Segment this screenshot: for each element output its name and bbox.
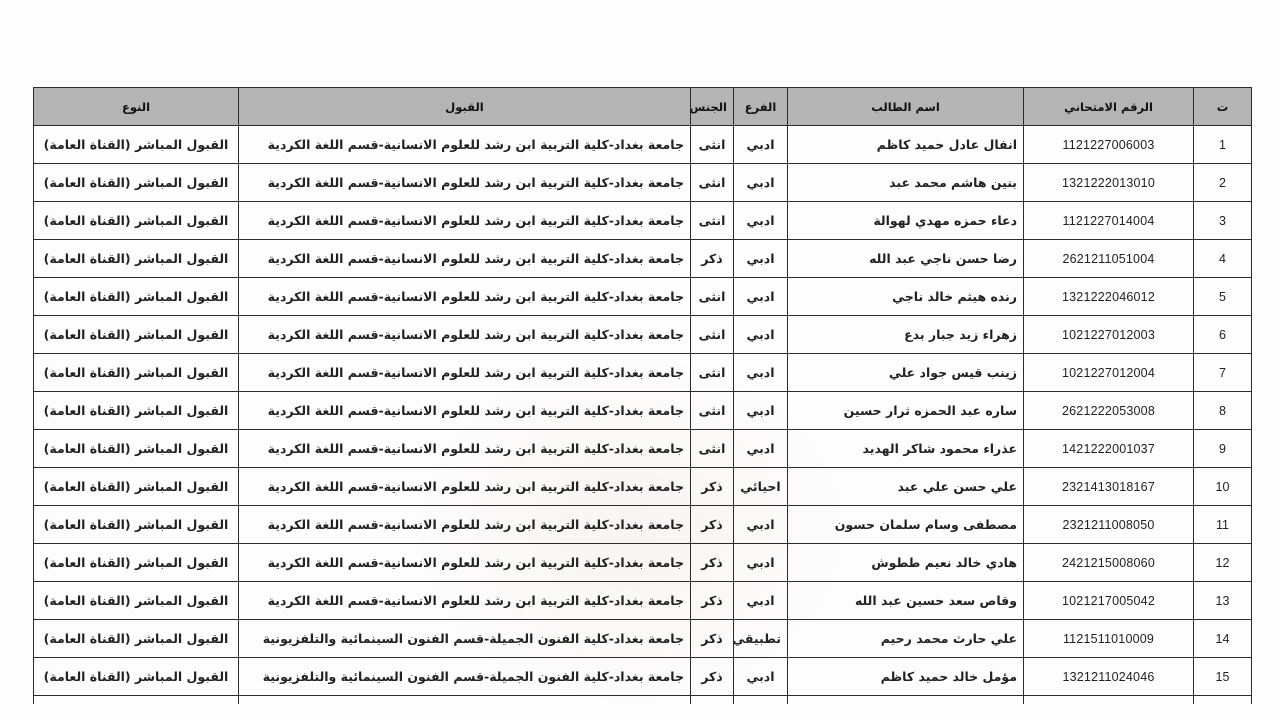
cell-student-name: مصطفى وسام سلمان حسون: [788, 506, 1024, 544]
table-row: 21321222013010بنين هاشم محمد عبدادبيانثى…: [34, 164, 1252, 202]
cell-seq: 11: [1194, 506, 1252, 544]
cell-seq: 7: [1194, 354, 1252, 392]
cell-student-name: هادي خالد نعيم ططوش: [788, 544, 1024, 582]
cell-student-name: رنده هيثم خالد ناجي: [788, 278, 1024, 316]
cell-type: القبول المباشر (القناة العامة): [34, 278, 239, 316]
cell-type: القبول المباشر (القناة العامة): [34, 392, 239, 430]
cell-admission: جامعة بغداد-كلية التربية ابن رشد للعلوم …: [239, 392, 691, 430]
header-exam-number: الرقم الامتحاني: [1024, 88, 1194, 126]
table-row-cut-off: [34, 696, 1252, 705]
cell-branch: ادبي: [734, 392, 788, 430]
header-student-name: اسم الطالب: [788, 88, 1024, 126]
cell-gender: انثى: [691, 202, 734, 240]
cell-admission: جامعة بغداد-كلية التربية ابن رشد للعلوم …: [239, 544, 691, 582]
table-row: 61021227012003زهراء زيد جبار بدعادبيانثى…: [34, 316, 1252, 354]
cell-exam-number: 2321413018167: [1024, 468, 1194, 506]
cell-exam-number: 1321222046012: [1024, 278, 1194, 316]
cell-branch: تطبيقي: [734, 620, 788, 658]
cell-seq: 12: [1194, 544, 1252, 582]
cell-student-name: وقاص سعد حسين عبد الله: [788, 582, 1024, 620]
cell-gender: انثى: [691, 126, 734, 164]
cell-admission: جامعة بغداد-كلية التربية ابن رشد للعلوم …: [239, 240, 691, 278]
table-row: 112321211008050مصطفى وسام سلمان حسونادبي…: [34, 506, 1252, 544]
cell-type: القبول المباشر (القناة العامة): [34, 240, 239, 278]
cell-type: القبول المباشر (القناة العامة): [34, 354, 239, 392]
table-row: 91421222001037عذراء محمود شاكر الهديدادب…: [34, 430, 1252, 468]
cell-student-name: عذراء محمود شاكر الهديد: [788, 430, 1024, 468]
table-row: 141121511010009علي حارث محمد رحيمتطبيقيذ…: [34, 620, 1252, 658]
cell-type: القبول المباشر (القناة العامة): [34, 468, 239, 506]
table-row: 11121227006003انفال عادل حميد كاظمادبيان…: [34, 126, 1252, 164]
cell-admission: جامعة بغداد-كلية الفنون الجميلة-قسم الفن…: [239, 658, 691, 696]
cell-seq: 6: [1194, 316, 1252, 354]
cell-type: القبول المباشر (القناة العامة): [34, 544, 239, 582]
cell-seq: 1: [1194, 126, 1252, 164]
cell-exam-number: 2321211008050: [1024, 506, 1194, 544]
cell-admission: جامعة بغداد-كلية التربية ابن رشد للعلوم …: [239, 506, 691, 544]
cell-branch: ادبي: [734, 582, 788, 620]
cell-type: القبول المباشر (القناة العامة): [34, 430, 239, 468]
cell-admission: جامعة بغداد-كلية التربية ابن رشد للعلوم …: [239, 430, 691, 468]
table-row: 102321413018167علي حسن علي عبداحيائيذكرج…: [34, 468, 1252, 506]
cell-branch: ادبي: [734, 316, 788, 354]
cell-seq: 10: [1194, 468, 1252, 506]
cell-gender: ذكر: [691, 582, 734, 620]
cell-exam-number: 1021227012003: [1024, 316, 1194, 354]
cell-exam-number: 2621211051004: [1024, 240, 1194, 278]
cell-type: القبول المباشر (القناة العامة): [34, 620, 239, 658]
table-header-row: ت الرقم الامتحاني اسم الطالب الفرع الجنس…: [34, 88, 1252, 126]
cell-admission: جامعة بغداد-كلية التربية ابن رشد للعلوم …: [239, 468, 691, 506]
cell-admission: جامعة بغداد-كلية التربية ابن رشد للعلوم …: [239, 278, 691, 316]
cell-admission: جامعة بغداد-كلية التربية ابن رشد للعلوم …: [239, 164, 691, 202]
cell-gender: ذكر: [691, 658, 734, 696]
table-row: 42621211051004رضا حسن ناجي عبد اللهادبيذ…: [34, 240, 1252, 278]
cell-branch: ادبي: [734, 278, 788, 316]
cell-seq: 14: [1194, 620, 1252, 658]
cell-admission: جامعة بغداد-كلية التربية ابن رشد للعلوم …: [239, 316, 691, 354]
table-row: 131021217005042وقاص سعد حسين عبد اللهادب…: [34, 582, 1252, 620]
table-row: 82621222053008ساره عبد الحمزه ثرار حسينا…: [34, 392, 1252, 430]
cell-gender: انثى: [691, 430, 734, 468]
cell-admission: جامعة بغداد-كلية التربية ابن رشد للعلوم …: [239, 202, 691, 240]
cell-exam-number: 1421222001037: [1024, 430, 1194, 468]
cell-gender: ذكر: [691, 240, 734, 278]
cell-gender: انثى: [691, 316, 734, 354]
cell-seq: 5: [1194, 278, 1252, 316]
cell-branch: ادبي: [734, 430, 788, 468]
cell-exam-number: 1321211024046: [1024, 658, 1194, 696]
cell-branch: ادبي: [734, 354, 788, 392]
cell-student-name: دعاء حمزه مهدي لهوالة: [788, 202, 1024, 240]
cell-student-name: زهراء زيد جبار بدع: [788, 316, 1024, 354]
cell-student-name: بنين هاشم محمد عبد: [788, 164, 1024, 202]
cell-branch: ادبي: [734, 202, 788, 240]
cell-gender: انثى: [691, 164, 734, 202]
cell-type: القبول المباشر (القناة العامة): [34, 126, 239, 164]
header-gender: الجنس: [691, 88, 734, 126]
cell-admission: جامعة بغداد-كلية التربية ابن رشد للعلوم …: [239, 582, 691, 620]
cell-type: القبول المباشر (القناة العامة): [34, 582, 239, 620]
cell-seq: 13: [1194, 582, 1252, 620]
table-row: 51321222046012رنده هيثم خالد ناجيادبيانث…: [34, 278, 1252, 316]
cell-student-name: علي حارث محمد رحيم: [788, 620, 1024, 658]
header-seq: ت: [1194, 88, 1252, 126]
cell-seq: 2: [1194, 164, 1252, 202]
cell-student-name: ساره عبد الحمزه ثرار حسين: [788, 392, 1024, 430]
cell-branch: ادبي: [734, 544, 788, 582]
cell-student-name: علي حسن علي عبد: [788, 468, 1024, 506]
cell-gender: ذكر: [691, 506, 734, 544]
cell-exam-number: 1021217005042: [1024, 582, 1194, 620]
cell-gender: انثى: [691, 392, 734, 430]
cell-student-name: زينب قيس جواد علي: [788, 354, 1024, 392]
header-branch: الفرع: [734, 88, 788, 126]
cell-exam-number: 1321222013010: [1024, 164, 1194, 202]
cell-branch: ادبي: [734, 164, 788, 202]
cell-type: القبول المباشر (القناة العامة): [34, 164, 239, 202]
cell-seq: 4: [1194, 240, 1252, 278]
cell-student-name: مؤمل خالد حميد كاظم: [788, 658, 1024, 696]
cell-seq: 9: [1194, 430, 1252, 468]
cell-type: القبول المباشر (القناة العامة): [34, 202, 239, 240]
cell-admission: جامعة بغداد-كلية الفنون الجميلة-قسم الفن…: [239, 620, 691, 658]
table-row: 122421215008060هادي خالد نعيم ططوشادبيذك…: [34, 544, 1252, 582]
cell-gender: ذكر: [691, 620, 734, 658]
cell-exam-number: 1121227014004: [1024, 202, 1194, 240]
cell-admission: جامعة بغداد-كلية التربية ابن رشد للعلوم …: [239, 354, 691, 392]
document-page: ت الرقم الامتحاني اسم الطالب الفرع الجنس…: [0, 0, 1280, 720]
cell-branch: احيائي: [734, 468, 788, 506]
cell-type: القبول المباشر (القناة العامة): [34, 658, 239, 696]
cell-gender: انثى: [691, 354, 734, 392]
cell-gender: ذكر: [691, 544, 734, 582]
cell-seq: 15: [1194, 658, 1252, 696]
cell-branch: ادبي: [734, 506, 788, 544]
cell-exam-number: 1021227012004: [1024, 354, 1194, 392]
table-row: 31121227014004دعاء حمزه مهدي لهوالةادبيا…: [34, 202, 1252, 240]
cell-exam-number: 2621222053008: [1024, 392, 1194, 430]
header-admission: القبول: [239, 88, 691, 126]
cell-seq: 3: [1194, 202, 1252, 240]
cell-admission: جامعة بغداد-كلية التربية ابن رشد للعلوم …: [239, 126, 691, 164]
table-row: 151321211024046مؤمل خالد حميد كاظمادبيذك…: [34, 658, 1252, 696]
cell-type: القبول المباشر (القناة العامة): [34, 506, 239, 544]
header-type: النوع: [34, 88, 239, 126]
cell-seq: 8: [1194, 392, 1252, 430]
cell-exam-number: 1121227006003: [1024, 126, 1194, 164]
cell-student-name: رضا حسن ناجي عبد الله: [788, 240, 1024, 278]
cell-exam-number: 1121511010009: [1024, 620, 1194, 658]
cell-student-name: انفال عادل حميد كاظم: [788, 126, 1024, 164]
cell-gender: ذكر: [691, 468, 734, 506]
cell-exam-number: 2421215008060: [1024, 544, 1194, 582]
admission-results-table: ت الرقم الامتحاني اسم الطالب الفرع الجنس…: [33, 87, 1252, 704]
table-row: 71021227012004زينب قيس جواد عليادبيانثىج…: [34, 354, 1252, 392]
cell-gender: انثى: [691, 278, 734, 316]
cell-type: القبول المباشر (القناة العامة): [34, 316, 239, 354]
cell-branch: ادبي: [734, 658, 788, 696]
cell-branch: ادبي: [734, 240, 788, 278]
cell-branch: ادبي: [734, 126, 788, 164]
